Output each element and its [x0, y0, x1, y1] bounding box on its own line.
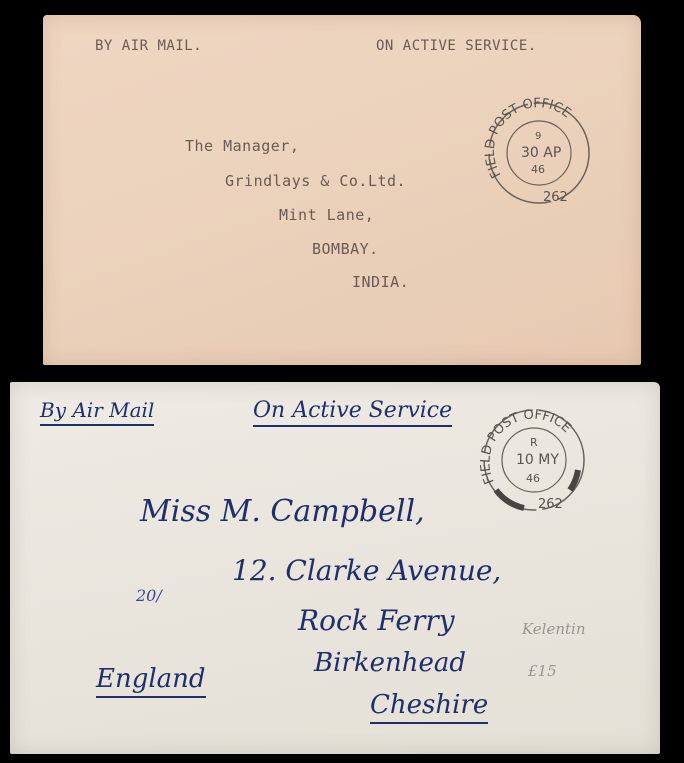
postmark-field-post-office: FIELD POST OFFICE R 10 MY 46 262 — [478, 404, 590, 521]
postmark-code: R — [530, 436, 538, 449]
address-line-2: Grindlays & Co.Ltd. — [225, 172, 406, 190]
envelope-bottom: By Air Mail On Active Service FIELD POST… — [10, 382, 660, 754]
endorsement-on-active-service: On Active Service — [253, 398, 452, 427]
address-line-1: Miss M. Campbell, — [140, 494, 425, 529]
address-line-3: Mint Lane, — [279, 206, 374, 224]
postmark-field-post-office: FIELD POST OFFICE 9 30 AP 46 262 — [483, 97, 595, 214]
address-line-3: Rock Ferry — [298, 604, 455, 637]
postmark-code: 9 — [535, 131, 541, 142]
endorsement-by-air-mail: BY AIR MAIL. — [95, 38, 202, 54]
address-line-5: INDIA. — [352, 273, 409, 291]
pencil-name-note: Kelentin — [522, 620, 586, 638]
pencil-price-note: £15 — [528, 662, 557, 680]
svg-text:FIELD POST OFFICE: FIELD POST OFFICE — [483, 97, 574, 180]
postmark-date: 10 MY — [516, 452, 559, 468]
endorsement-by-air-mail: By Air Mail — [40, 398, 154, 426]
postmark-year: 46 — [531, 163, 545, 176]
address-line-4: BOMBAY. — [312, 240, 379, 258]
pencil-ratio-note: 20/ — [136, 586, 162, 605]
postmark-year: 46 — [526, 472, 540, 485]
address-country: England — [96, 664, 206, 698]
postmark-number: 262 — [543, 190, 568, 205]
address-line-1: The Manager, — [185, 137, 299, 155]
address-line-5: Cheshire — [370, 690, 488, 724]
endorsement-on-active-service: ON ACTIVE SERVICE. — [376, 38, 537, 54]
address-line-4: Birkenhead — [314, 648, 466, 678]
envelope-top: BY AIR MAIL. ON ACTIVE SERVICE. The Mana… — [43, 15, 641, 365]
postmark-number: 262 — [538, 497, 563, 512]
postmark-date: 30 AP — [521, 145, 561, 161]
address-line-2: 12. Clarke Avenue, — [232, 554, 501, 587]
